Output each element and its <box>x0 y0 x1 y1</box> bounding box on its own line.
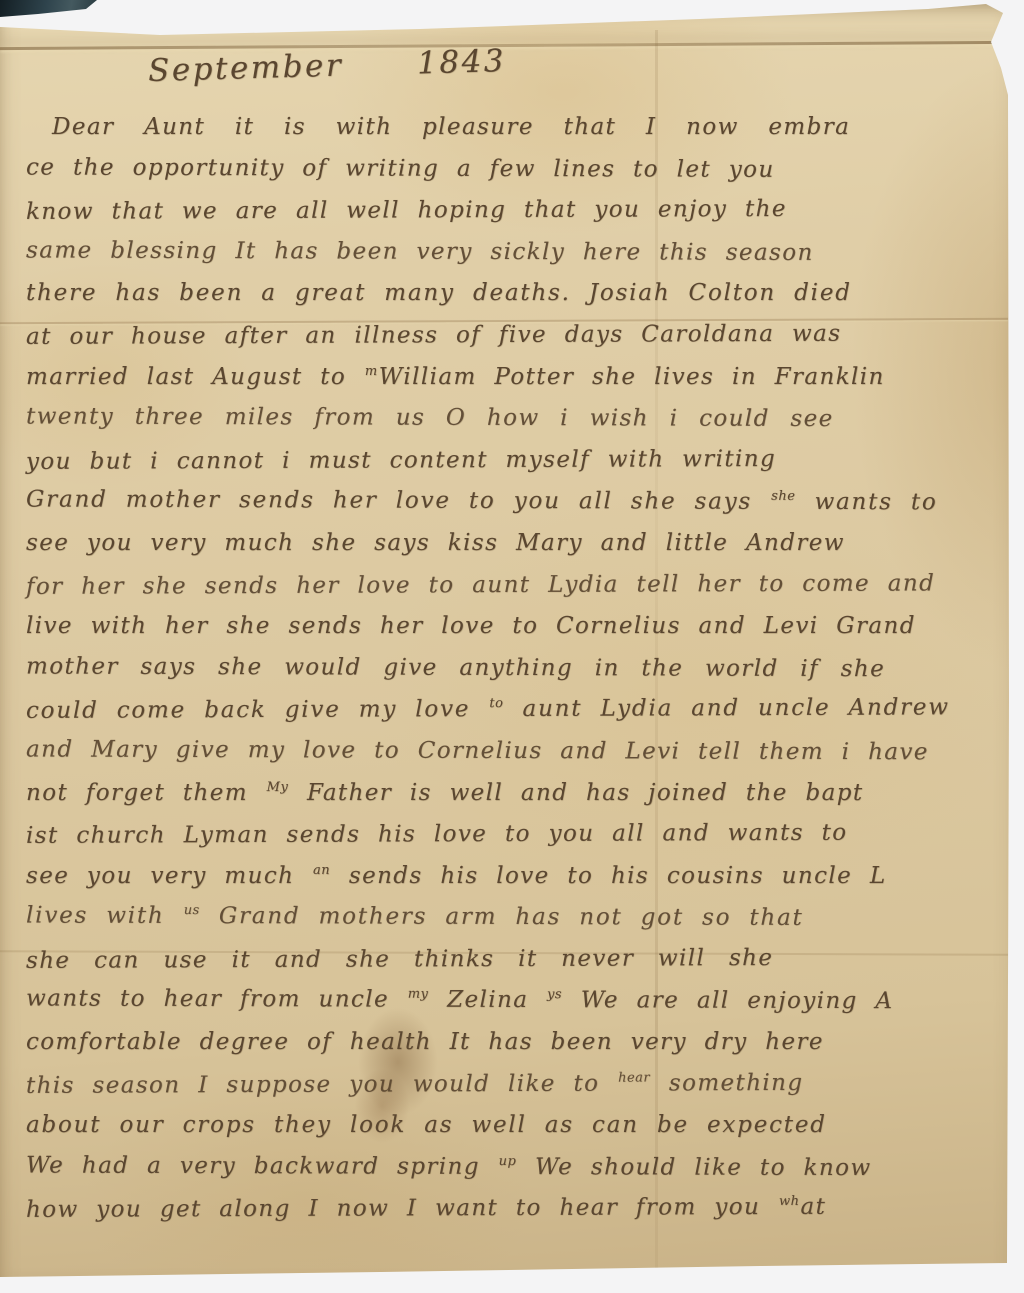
letter-line: mother says she would give anything in t… <box>26 653 1004 698</box>
letter-body: Dear Aunt it is with pleasure that I now… <box>26 114 1004 1237</box>
letter-line: see you very much she says kiss Mary and… <box>26 530 1004 572</box>
letter-line: not forget them My Father is well and ha… <box>26 780 1004 822</box>
letter-line: comfortable degree of health It has been… <box>26 1029 1004 1071</box>
letter-line: ist church Lyman sends his love to you a… <box>26 819 1004 864</box>
interlinear-insertion: wh <box>779 1194 800 1209</box>
letter-line: married last August to mWilliam Potter s… <box>26 364 1004 406</box>
letter-line: see you very much an sends his love to h… <box>26 863 1004 905</box>
letter-line: twenty three miles from us O how i wish … <box>26 404 1004 449</box>
letter-line: this season I suppose you would like to … <box>26 1069 1004 1114</box>
interlinear-insertion: us <box>184 903 200 918</box>
letter-line: there has been a great many deaths. Josi… <box>26 280 1004 322</box>
letter-line: live with her she sends her love to Corn… <box>26 613 1004 655</box>
interlinear-insertion: an <box>313 863 330 878</box>
interlinear-insertion: she <box>771 489 795 504</box>
letter-line: lives with us Grand mothers arm has not … <box>26 903 1004 948</box>
letter-line: know that we are all well hoping that yo… <box>26 195 1004 240</box>
letter-year: 1843 <box>417 43 507 81</box>
letter-line: at our house after an illness of five da… <box>26 320 1004 365</box>
letter-line: and Mary give my love to Cornelius and L… <box>26 736 1004 781</box>
letter-line: Grand mother sends her love to you all s… <box>26 487 1004 532</box>
letter-line: she can use it and she thinks it never w… <box>26 944 1004 989</box>
letter-month: September <box>148 48 344 89</box>
letter-line: wants to hear from uncle my Zelina ys We… <box>26 986 1004 1031</box>
interlinear-insertion: my <box>408 987 429 1002</box>
letter-paper: September1843 Dear Aunt it is with pleas… <box>0 0 1024 1293</box>
interlinear-insertion: My <box>267 780 289 795</box>
letter-scan: September1843 Dear Aunt it is with pleas… <box>0 0 1024 1293</box>
letter-line: ce the opportunity of writing a few line… <box>26 154 1004 199</box>
letter-line: could come back give my love to aunt Lyd… <box>26 694 1004 739</box>
letter-line: for her she sends her love to aunt Lydia… <box>26 570 1004 615</box>
letter-line: We had a very backward spring up We shou… <box>26 1152 1004 1197</box>
interlinear-insertion: hear <box>618 1070 650 1085</box>
interlinear-insertion: up <box>499 1154 517 1169</box>
interlinear-insertion: m <box>365 364 378 379</box>
interlinear-insertion: ys <box>547 988 562 1003</box>
corner-clip <box>0 0 100 18</box>
letter-line: you but i cannot i must content myself w… <box>26 445 1004 490</box>
letter-line: Dear Aunt it is with pleasure that I now… <box>52 114 1004 156</box>
letter-line: how you get along I now I want to hear f… <box>26 1194 1004 1239</box>
letter-date-heading: September1843 <box>148 43 507 89</box>
interlinear-insertion: to <box>489 696 503 711</box>
letter-line: same blessing It has been very sickly he… <box>26 237 1004 282</box>
letter-line: about our crops they look as well as can… <box>26 1112 1004 1154</box>
